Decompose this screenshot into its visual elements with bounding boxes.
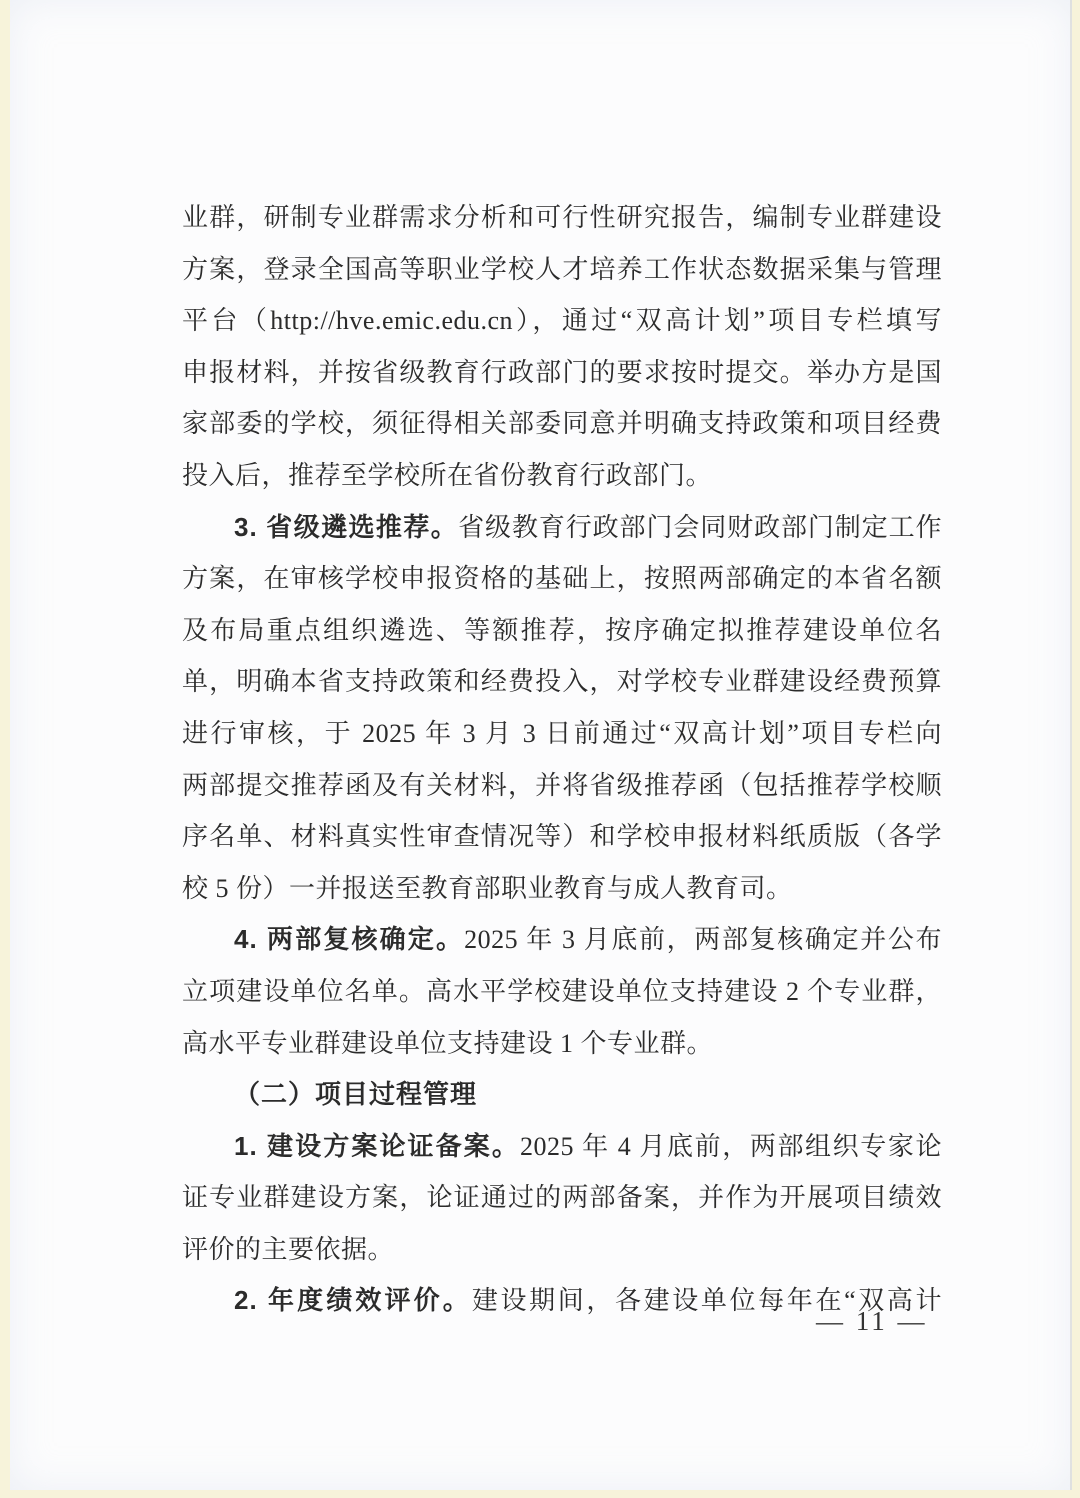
line-text: 2025 年 4 月底前，两部组织专家论 bbox=[520, 1132, 942, 1161]
text-line: 及布局重点组织遴选、等额推荐，按序确定拟推荐建设单位名 bbox=[182, 605, 942, 657]
text-line: 业群，研制专业群需求分析和可行性研究报告，编制专业群建设 bbox=[182, 192, 942, 244]
line-text: 证专业群建设方案，论证通过的两部备案，并作为开展项目绩效 bbox=[182, 1183, 942, 1212]
line-text: 投入后，推荐至学校所在省份教育行政部门。 bbox=[182, 461, 712, 490]
line-text: 家部委的学校，须征得相关部委同意并明确支持政策和项目经费 bbox=[182, 409, 942, 438]
line-text: 评价的主要依据。 bbox=[182, 1235, 394, 1264]
heading-run: 2. 年度绩效评价。 bbox=[234, 1285, 472, 1315]
text-line: 进行审核，于 2025 年 3 月 3 日前通过“双高计划”项目专栏向 bbox=[182, 708, 942, 760]
text-line: 序名单、材料真实性审查情况等）和学校申报材料纸质版（各学 bbox=[182, 811, 942, 863]
line-text: 单，明确本省支持政策和经费投入，对学校专业群建设经费预算 bbox=[182, 667, 942, 696]
heading-run: 3. 省级遴选推荐。 bbox=[234, 512, 458, 542]
line-text: 及布局重点组织遴选、等额推荐，按序确定拟推荐建设单位名 bbox=[182, 616, 942, 645]
line-text: 省级教育行政部门会同财政部门制定工作 bbox=[458, 513, 942, 542]
text-line: 单，明确本省支持政策和经费投入，对学校专业群建设经费预算 bbox=[182, 656, 942, 708]
text-line-heading-1: 1. 建设方案论证备案。2025 年 4 月底前，两部组织专家论 bbox=[182, 1121, 942, 1173]
heading-run: 4. 两部复核确定。 bbox=[234, 924, 464, 954]
text-line-heading-4: 4. 两部复核确定。2025 年 3 月底前，两部复核确定并公布 bbox=[182, 914, 942, 966]
text-line: 两部提交推荐函及有关材料，并将省级推荐函（包括推荐学校顺 bbox=[182, 760, 942, 812]
line-text: 序名单、材料真实性审查情况等）和学校申报材料纸质版（各学 bbox=[182, 822, 942, 851]
line-text: 立项建设单位名单。高水平学校建设单位支持建设 2 个专业群， bbox=[182, 977, 942, 1006]
section-heading: （二）项目过程管理 bbox=[182, 1069, 942, 1121]
text-line: 家部委的学校，须征得相关部委同意并明确支持政策和项目经费 bbox=[182, 398, 942, 450]
line-text: 校 5 份）一并报送至教育部职业教育与成人教育司。 bbox=[182, 874, 793, 903]
line-text: 高水平专业群建设单位支持建设 1 个专业群。 bbox=[182, 1029, 713, 1058]
line-text: 两部提交推荐函及有关材料，并将省级推荐函（包括推荐学校顺 bbox=[182, 771, 942, 800]
line-text: 2025 年 3 月底前，两部复核确定并公布 bbox=[464, 925, 942, 954]
scanned-document-page: 业群，研制专业群需求分析和可行性研究报告，编制专业群建设 方案，登录全国高等职业… bbox=[0, 0, 1080, 1498]
line-text: 进行审核，于 2025 年 3 月 3 日前通过“双高计划”项目专栏向 bbox=[182, 719, 942, 748]
text-line: 方案，在审核学校申报资格的基础上，按照两部确定的本省名额 bbox=[182, 553, 942, 605]
text-line: 证专业群建设方案，论证通过的两部备案，并作为开展项目绩效 bbox=[182, 1172, 942, 1224]
text-line: 投入后，推荐至学校所在省份教育行政部门。 bbox=[182, 450, 942, 502]
text-line: 高水平专业群建设单位支持建设 1 个专业群。 bbox=[182, 1018, 942, 1070]
line-text: 申报材料，并按省级教育行政部门的要求按时提交。举办方是国 bbox=[182, 358, 942, 387]
text-line-heading-3: 3. 省级遴选推荐。省级教育行政部门会同财政部门制定工作 bbox=[182, 502, 942, 554]
heading-run: （二）项目过程管理 bbox=[234, 1079, 477, 1109]
line-text: 业群，研制专业群需求分析和可行性研究报告，编制专业群建设 bbox=[182, 203, 942, 232]
text-line: 立项建设单位名单。高水平学校建设单位支持建设 2 个专业群， bbox=[182, 966, 942, 1018]
heading-run: 1. 建设方案论证备案。 bbox=[234, 1131, 520, 1161]
line-text: 方案，登录全国高等职业学校人才培养工作状态数据采集与管理 bbox=[182, 255, 942, 284]
text-line: 评价的主要依据。 bbox=[182, 1224, 942, 1276]
text-line: 方案，登录全国高等职业学校人才培养工作状态数据采集与管理 bbox=[182, 244, 942, 296]
document-body: 业群，研制专业群需求分析和可行性研究报告，编制专业群建设 方案，登录全国高等职业… bbox=[182, 192, 942, 1327]
line-text: 方案，在审核学校申报资格的基础上，按照两部确定的本省名额 bbox=[182, 564, 942, 593]
text-line: 校 5 份）一并报送至教育部职业教育与成人教育司。 bbox=[182, 863, 942, 915]
line-text: 平台（http://hve.emic.edu.cn），通过“双高计划”项目专栏填… bbox=[182, 306, 942, 335]
page-number: — 11 — bbox=[816, 1306, 928, 1337]
text-line: 申报材料，并按省级教育行政部门的要求按时提交。举办方是国 bbox=[182, 347, 942, 399]
text-line: 平台（http://hve.emic.edu.cn），通过“双高计划”项目专栏填… bbox=[182, 295, 942, 347]
page-sheet: 业群，研制专业群需求分析和可行性研究报告，编制专业群建设 方案，登录全国高等职业… bbox=[10, 0, 1072, 1490]
